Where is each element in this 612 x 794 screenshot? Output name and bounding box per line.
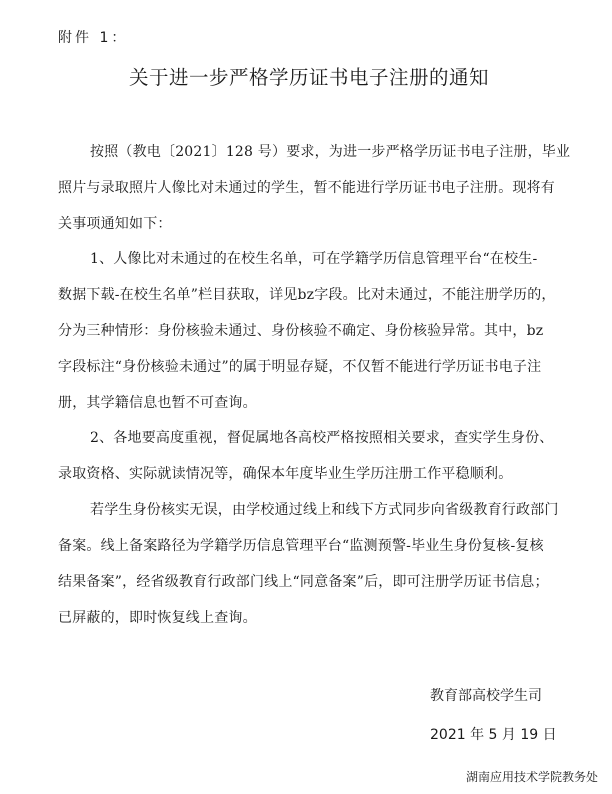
attachment-label: 附件 1： [58, 27, 128, 47]
text-line: 已屏蔽的，即时恢复线上查询。 [58, 607, 257, 627]
text-line: 若学生身份核实无误，由学校通过线上和线下方式同步向省级教育行政部门 [90, 499, 559, 519]
document-title: 关于进一步严格学历证书电子注册的通知 [0, 62, 612, 90]
text-line: 关事项通知如下： [58, 213, 172, 233]
text-line: 录取资格、实际就读情况等，确保本年度毕业生学历注册工作平稳顺利。 [58, 463, 512, 483]
text-line: 册，其学籍信息也暂不可查询。 [58, 392, 257, 412]
text-line: 备案。线上备案路径为学籍学历信息管理平台“监测预警-毕业生身份复核-复核 [58, 535, 544, 555]
text-line: 字段标注“身份核验未通过”的属于明显存疑，不仅暂不能进行学历证书电子注 [58, 356, 541, 376]
text-line: 数据下载-在校生名单”栏目获取，详见bz字段。比对未通过，不能注册学历的， [58, 284, 556, 304]
signature-date: 2021 年 5 月 19 日 [430, 724, 557, 744]
text-line: 分为三种情形：身份核验未通过、身份核验不确定、身份核验异常。其中，bz [58, 320, 543, 340]
signature-issuer: 教育部高校学生司 [430, 685, 542, 705]
text-line: 照片与录取照片人像比对未通过的学生，暂不能进行学历证书电子注册。现将有 [58, 177, 555, 197]
text-line: 结果备案”，经省级教育行政部门线上“同意备案”后，即可注册学历证书信息； [58, 571, 549, 591]
text-line: 2、各地要高度重视，督促属地各高校严格按照相关要求，查实学生身份、 [90, 427, 554, 447]
text-line: 按照（教电〔2021〕128 号）要求，为进一步严格学历证书电子注册，毕业 [90, 141, 570, 161]
footer-source-label: 湖南应用技术学院教务处 [466, 768, 598, 785]
text-line: 1、人像比对未通过的在校生名单，可在学籍学历信息管理平台“在校生- [90, 248, 537, 268]
